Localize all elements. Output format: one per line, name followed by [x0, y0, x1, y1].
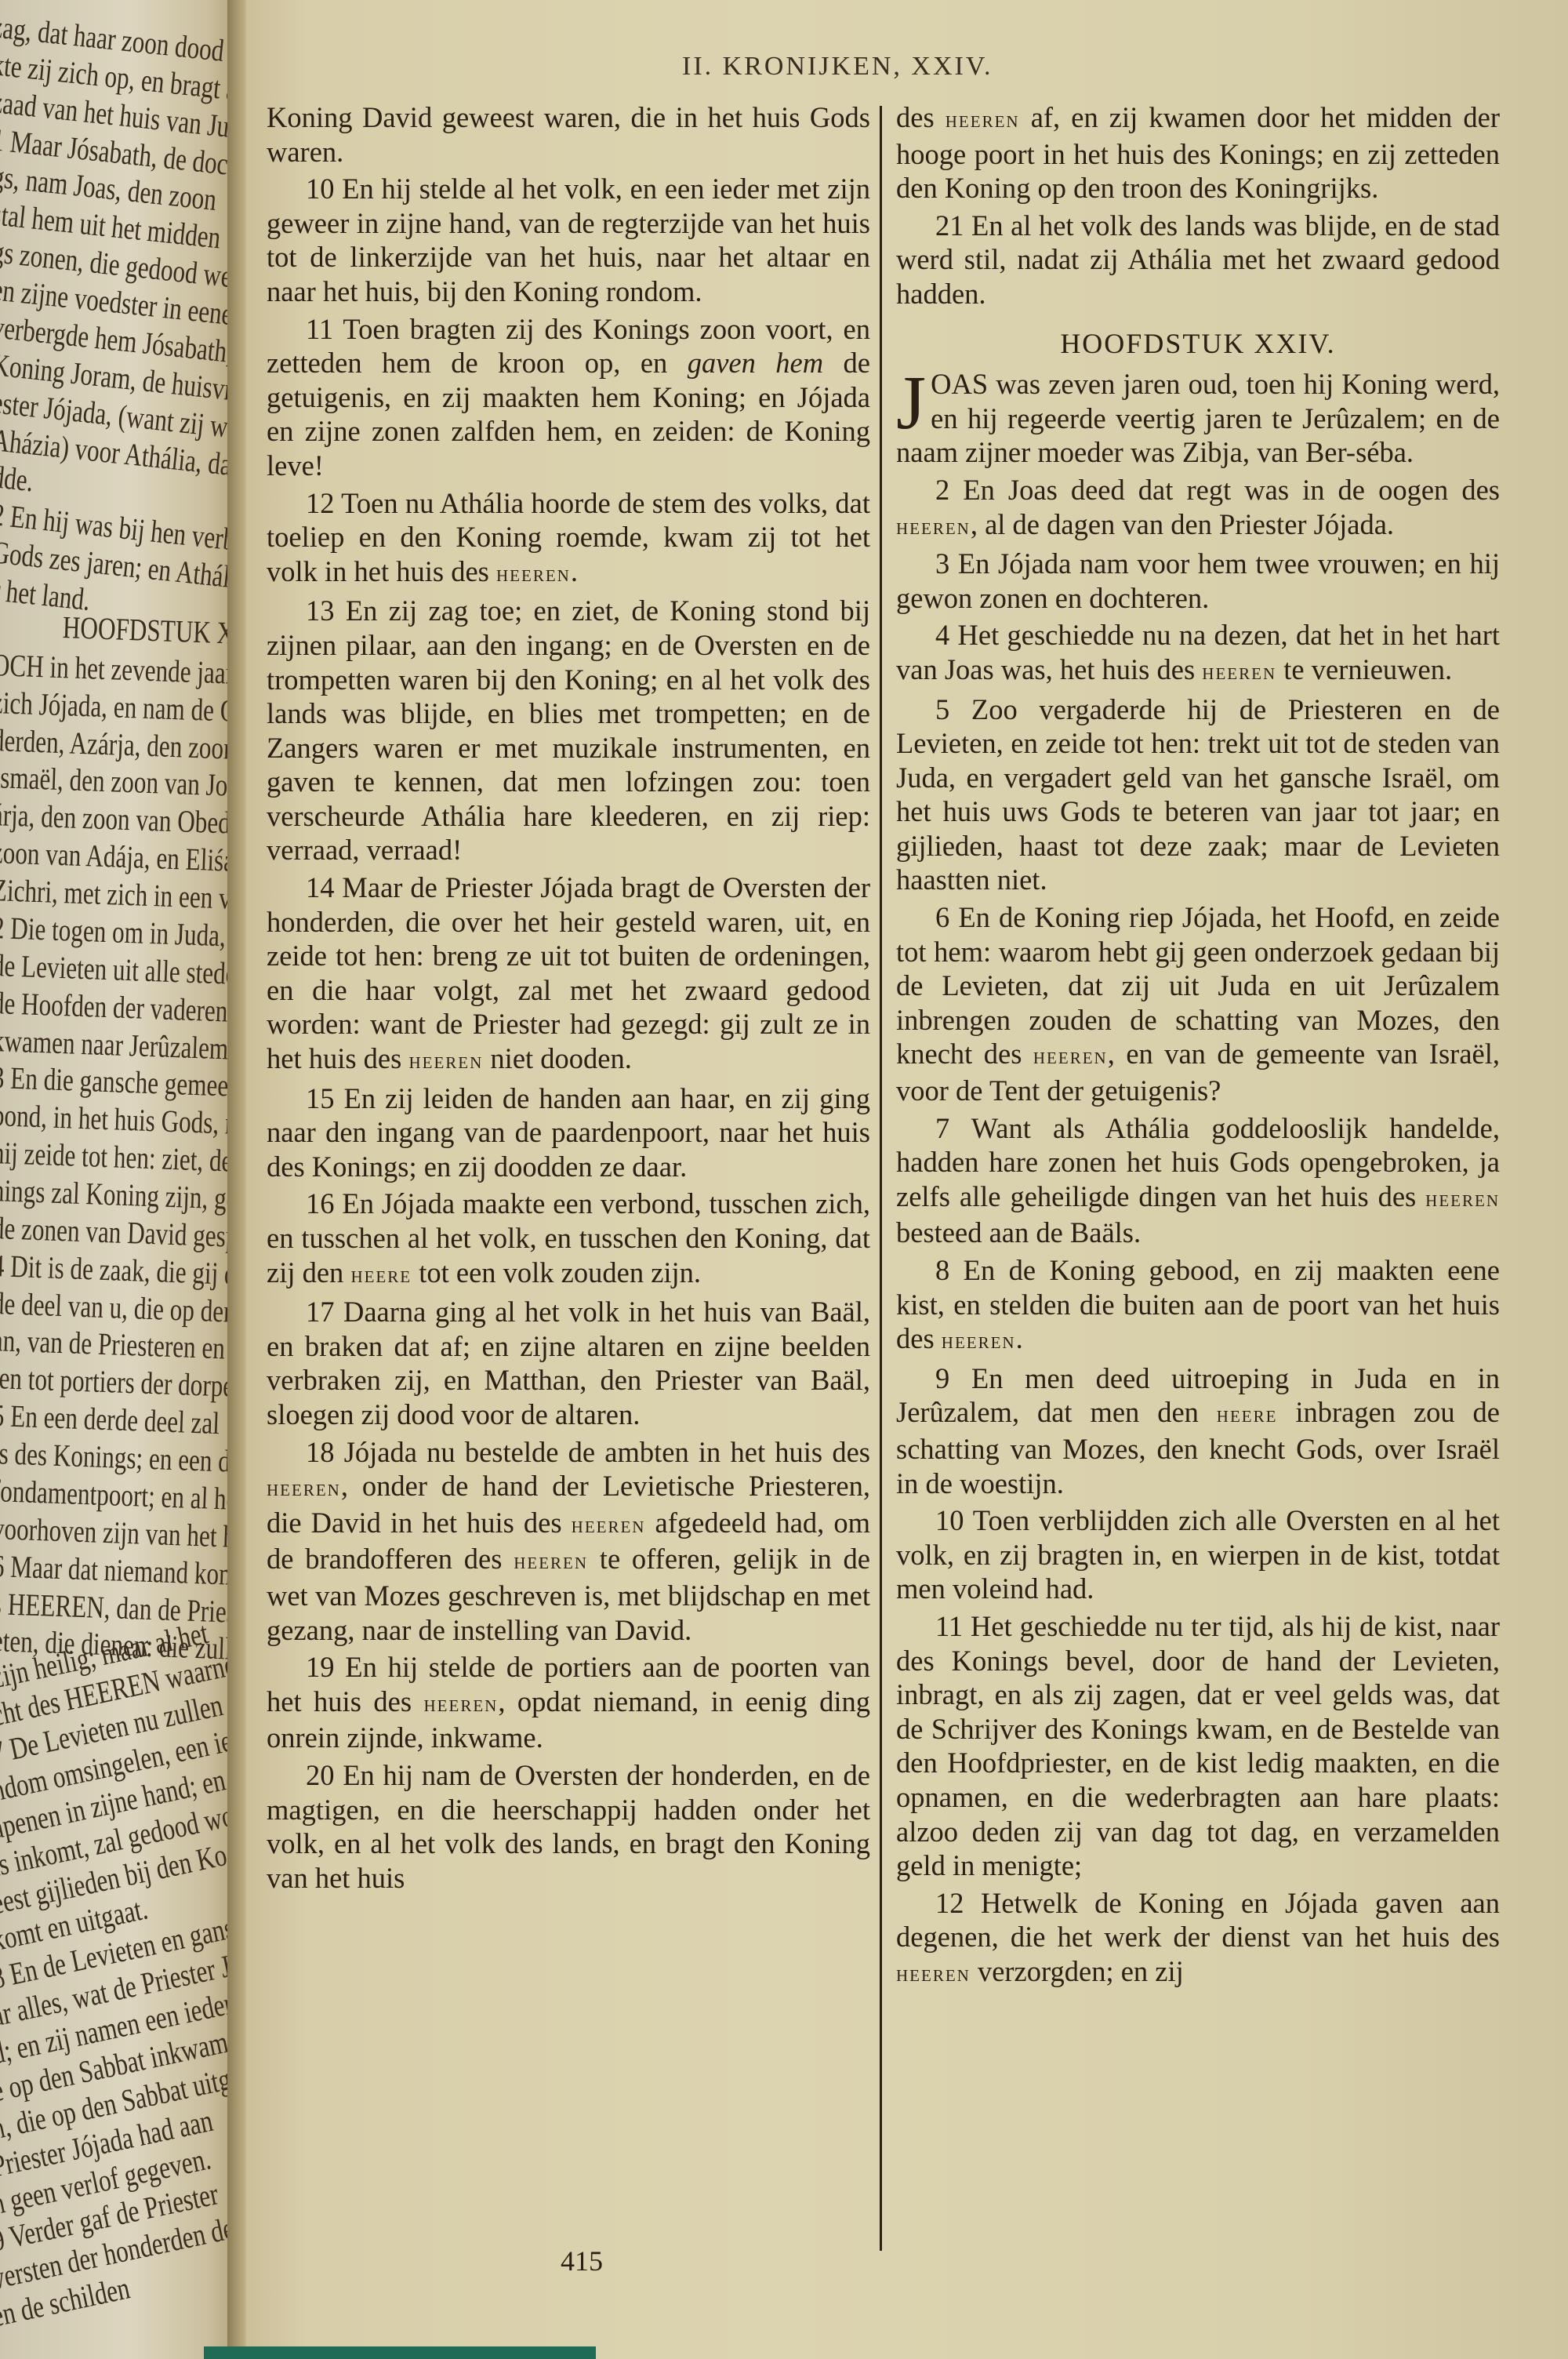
verse-paragraph: 12 Toen nu Athália hoorde de stem des vo…: [267, 486, 870, 591]
small-caps-divine-name: heeren: [514, 1548, 588, 1574]
continued-paragraph: des heeren af, en zij kwamen door het mi…: [896, 100, 1500, 205]
verse-paragraph: 17 Daarna ging al het volk in het huis v…: [267, 1295, 870, 1431]
small-caps-divine-name: heeren: [267, 1475, 341, 1501]
small-caps-divine-name: heere: [350, 1262, 412, 1288]
text-run: verzorgden; en zij: [971, 1955, 1184, 1987]
text-run: tot een volk zouden zijn.: [412, 1256, 701, 1289]
verse-paragraph: 4 Het geschiedde nu na dezen, dat het in…: [896, 618, 1500, 689]
verse-paragraph: 2 En Joas deed dat regt was in de oogen …: [896, 473, 1500, 543]
text-run: 12 Hetwelk de Koning en Jójada gaven aan…: [896, 1887, 1500, 1954]
text-run: te vernieuwen.: [1276, 653, 1452, 685]
verse-paragraph: 12 Hetwelk de Koning en Jójada gaven aan…: [896, 1886, 1500, 1991]
text-run: 18 Jójada nu bestelde de ambten in het h…: [306, 1436, 870, 1468]
continued-paragraph: Koning David geweest waren, die in het h…: [267, 100, 870, 169]
small-caps-divine-name: heeren: [572, 1512, 646, 1538]
previous-page-line: HOOFDSTUK XXIII.: [62, 609, 235, 653]
verse-paragraph: 10 En hij stelde al het volk, en een ied…: [267, 172, 870, 308]
text-run: .: [1016, 1322, 1023, 1354]
verse-paragraph: 11 Toen bragten zij des Konings zoon voo…: [267, 312, 870, 483]
text-run: besteed aan de Baäls.: [896, 1216, 1141, 1249]
column-divider: [880, 106, 882, 2251]
previous-page-line: 5 En een derde deel zal: [0, 1397, 220, 1441]
book-cover-edge: [204, 2346, 596, 2359]
text-run: niet dooden.: [483, 1042, 632, 1074]
small-caps-divine-name: heeren: [946, 107, 1020, 133]
small-caps-divine-name: heere: [1217, 1401, 1278, 1427]
text-run: 7 Want als Athália goddelooslijk handeld…: [896, 1112, 1500, 1212]
text-run: des: [896, 101, 946, 133]
chapter-heading: HOOFDSTUK XXIV.: [896, 327, 1500, 362]
small-caps-divine-name: heeren: [1033, 1043, 1108, 1069]
text-column-right: des heeren af, en zij kwamen door het mi…: [896, 100, 1500, 1994]
small-caps-divine-name: heeren: [942, 1328, 1016, 1354]
verse-paragraph: 11 Het geschiedde nu ter tijd, als hij d…: [896, 1609, 1500, 1883]
verse-paragraph: 3 En Jójada nam voor hem twee vrouwen; e…: [896, 547, 1500, 615]
small-caps-divine-name: heeren: [424, 1691, 499, 1717]
small-caps-divine-name: heeren: [1425, 1186, 1500, 1212]
verse-paragraph: 15 En zij leiden de handen aan haar, en …: [267, 1081, 870, 1184]
verse-paragraph: 20 En hij nam de Oversten der honderden,…: [267, 1758, 870, 1895]
small-caps-divine-name: heeren: [408, 1048, 483, 1074]
previous-page-line: OCH in het zevende jaar: [0, 646, 234, 692]
verse-paragraph: 16 En Jójada maakte een verbond, tussche…: [267, 1187, 870, 1292]
small-caps-divine-name: heeren: [896, 514, 971, 540]
text-column-left: Koning David geweest waren, die in het h…: [267, 100, 870, 1898]
verse-paragraph: 13 En zij zag toe; en ziet, de Koning st…: [267, 594, 870, 867]
running-header: II. KRONIJKEN, XXIV.: [682, 52, 993, 82]
verse-paragraph: 7 Want als Athália goddelooslijk handeld…: [896, 1111, 1500, 1250]
verse-paragraph: 19 En hij stelde de portiers aan de poor…: [267, 1650, 870, 1755]
verse-paragraph: 8 En de Koning gebood, en zij maakten ee…: [896, 1253, 1500, 1358]
previous-page-line: dde.: [0, 459, 35, 500]
opening-text: OAS was zeven jaren oud, toen hij Koning…: [896, 368, 1500, 468]
verse-paragraph: 6 En de Koning riep Jójada, het Hoofd, e…: [896, 900, 1500, 1108]
verse-paragraph: 9 En men deed uitroeping in Juda en in J…: [896, 1361, 1500, 1500]
text-run: .: [571, 555, 578, 587]
small-caps-divine-name: heeren: [496, 561, 571, 587]
small-caps-divine-name: heeren: [896, 1961, 971, 1986]
verse-paragraph: 14 Maar de Priester Jójada bragt de Over…: [267, 871, 870, 1078]
italic-text: gaven hem: [688, 347, 823, 379]
chapter-opening-paragraph: JOAS was zeven jaren oud, toen hij Konin…: [896, 367, 1500, 470]
verse-paragraph: 18 Jójada nu bestelde de ambten in het h…: [267, 1435, 870, 1648]
text-run: , al de dagen van den Priester Jójada.: [971, 508, 1394, 540]
drop-cap: J: [896, 372, 926, 434]
verse-paragraph: 5 Zoo vergaderde hij de Priesteren en de…: [896, 692, 1500, 898]
previous-page-fragment: zag, dat haar zoon doodkte zij zich op, …: [0, 0, 235, 2359]
small-caps-divine-name: heeren: [1202, 659, 1276, 685]
page-number: 415: [561, 2245, 603, 2277]
verse-paragraph: 10 Toen verblijdden zich alle Oversten e…: [896, 1503, 1500, 1606]
page-gutter: [227, 0, 246, 2359]
verse-paragraph: 21 En al het volk des lands was blijde, …: [896, 209, 1500, 311]
text-run: 2 En Joas deed dat regt was in de oogen …: [935, 474, 1500, 506]
previous-page-line: zich Jójada, en nam de O: [0, 684, 235, 729]
